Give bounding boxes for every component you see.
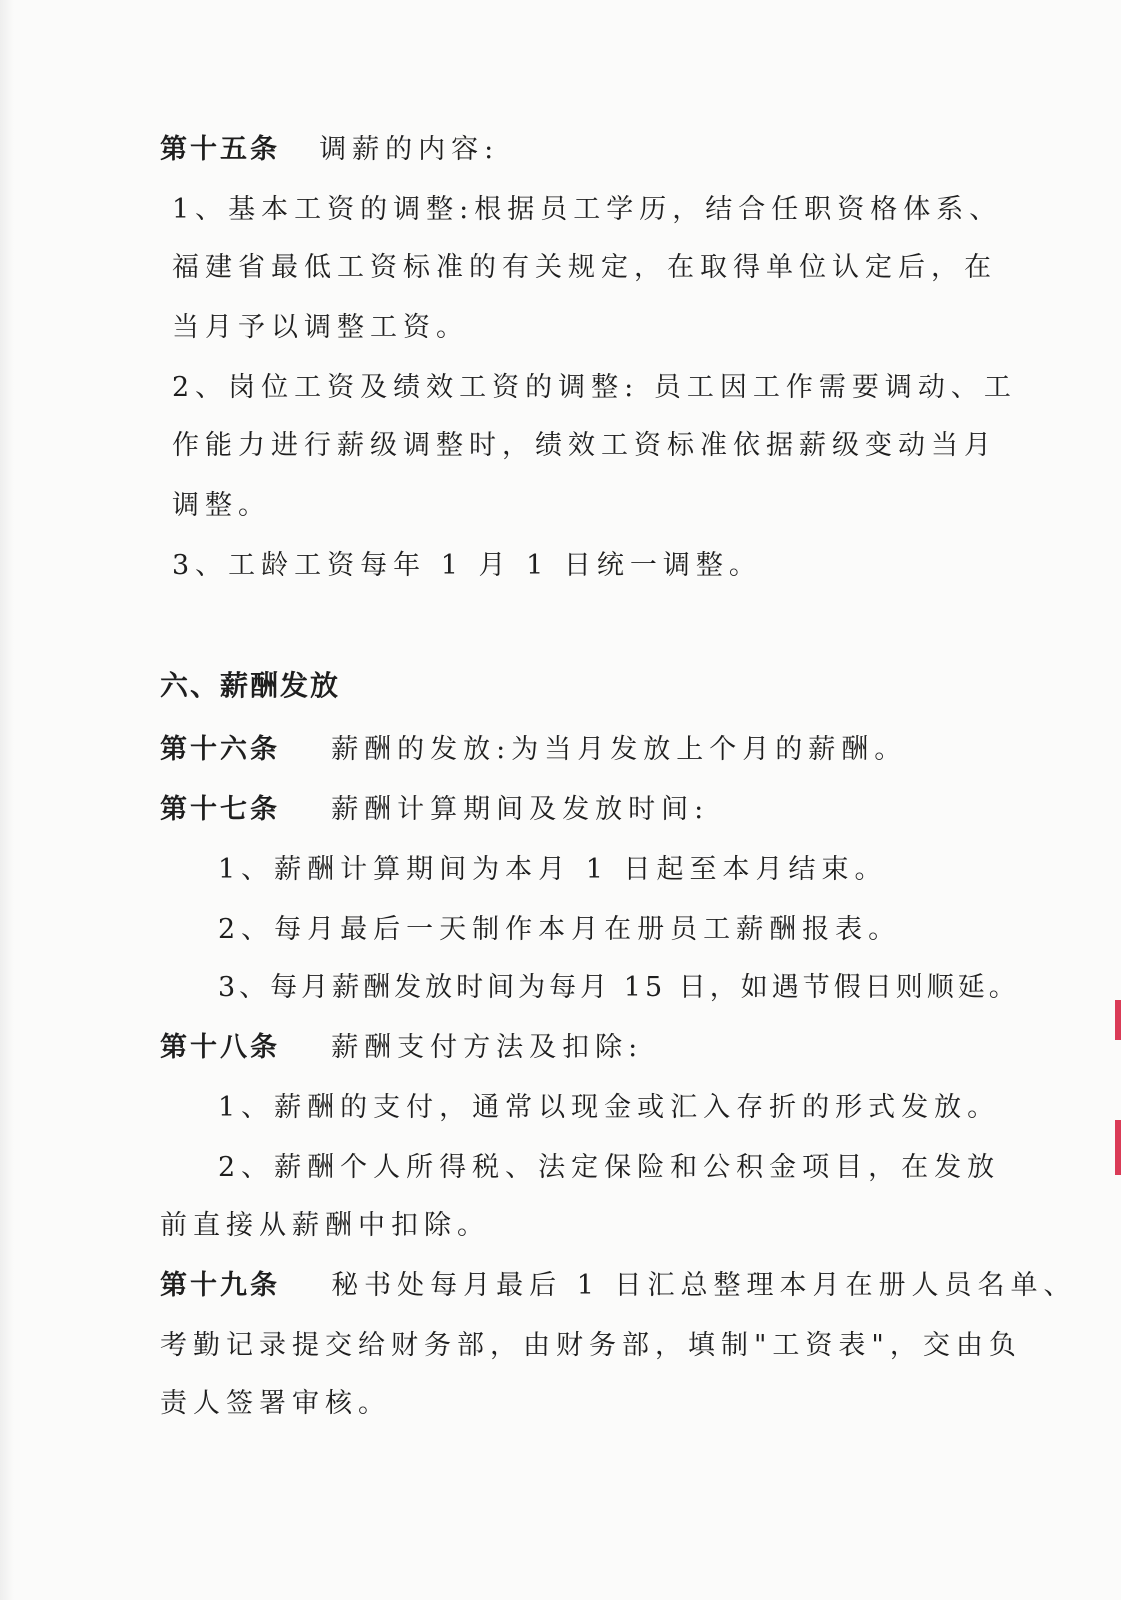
article-17-text: 薪酬计算期间及发放时间: xyxy=(331,794,709,825)
article-15-item-2-line-3: 调整。 xyxy=(172,488,271,524)
article-15-heading: 第十五条 调薪的内容: xyxy=(160,132,499,168)
article-18: 第十八条 薪酬支付方法及扣除: xyxy=(160,1030,643,1066)
article-19-line-1: 秘书处每月最后 1 日汇总整理本月在册人员名单、 xyxy=(331,1270,1076,1301)
article-17-item-2: 2、每月最后一天制作本月在册员工薪酬报表。 xyxy=(218,912,901,948)
article-19-line-3: 责人签署审核。 xyxy=(160,1386,391,1422)
article-15-item-1-line-1: 1、基本工资的调整:根据员工学历，结合任职资格体系、 xyxy=(172,192,1002,228)
article-16-text: 薪酬的发放:为当月发放上个月的薪酬。 xyxy=(331,734,907,765)
scanned-document-page: 第十五条 调薪的内容: 1、基本工资的调整:根据员工学历，结合任职资格体系、 福… xyxy=(0,0,1121,1600)
seal-edge-mark xyxy=(1115,1120,1121,1175)
article-16-title: 第十六条 xyxy=(160,734,280,765)
article-15-item-3: 3、工龄工资每年 1 月 1 日统一调整。 xyxy=(172,548,762,584)
scan-edge-shadow xyxy=(0,0,14,1600)
article-17: 第十七条 薪酬计算期间及发放时间: xyxy=(160,792,709,828)
article-15-item-2-line-2: 作能力进行薪级调整时，绩效工资标准依据薪级变动当月 xyxy=(172,428,997,464)
article-15-title: 第十五条 xyxy=(160,134,280,165)
seal-edge-mark xyxy=(1115,1000,1121,1040)
article-19: 第十九条 秘书处每月最后 1 日汇总整理本月在册人员名单、 xyxy=(160,1268,1077,1304)
article-15-subtitle: 调薪的内容: xyxy=(319,134,499,165)
article-15-item-1-line-3: 当月予以调整工资。 xyxy=(172,310,469,346)
article-18-text: 薪酬支付方法及扣除: xyxy=(331,1032,643,1063)
article-18-item-2-line-2: 前直接从薪酬中扣除。 xyxy=(160,1208,490,1244)
article-16: 第十六条 薪酬的发放:为当月发放上个月的薪酬。 xyxy=(160,732,907,768)
article-15-item-2-line-1: 2、岗位工资及绩效工资的调整: 员工因工作需要调动、工 xyxy=(172,370,1017,406)
article-18-title: 第十八条 xyxy=(160,1032,280,1063)
article-19-title: 第十九条 xyxy=(160,1270,280,1301)
article-15-item-1-line-2: 福建省最低工资标准的有关规定，在取得单位认定后，在 xyxy=(172,250,997,286)
article-17-item-1: 1、薪酬计算期间为本月 1 日起至本月结束。 xyxy=(218,852,888,888)
article-17-title: 第十七条 xyxy=(160,794,280,825)
article-18-item-2-line-1: 2、薪酬个人所得税、法定保险和公积金项目，在发放 xyxy=(218,1150,1000,1186)
article-18-item-1: 1、薪酬的支付，通常以现金或汇入存折的形式发放。 xyxy=(218,1090,1000,1126)
article-17-item-3: 3、每月薪酬发放时间为每月 15 日，如遇节假日则顺延。 xyxy=(218,970,1020,1006)
article-19-line-2: 考勤记录提交给财务部，由财务部，填制"工资表"，交由负 xyxy=(160,1328,1022,1364)
section-6-heading: 六、薪酬发放 xyxy=(160,668,340,704)
